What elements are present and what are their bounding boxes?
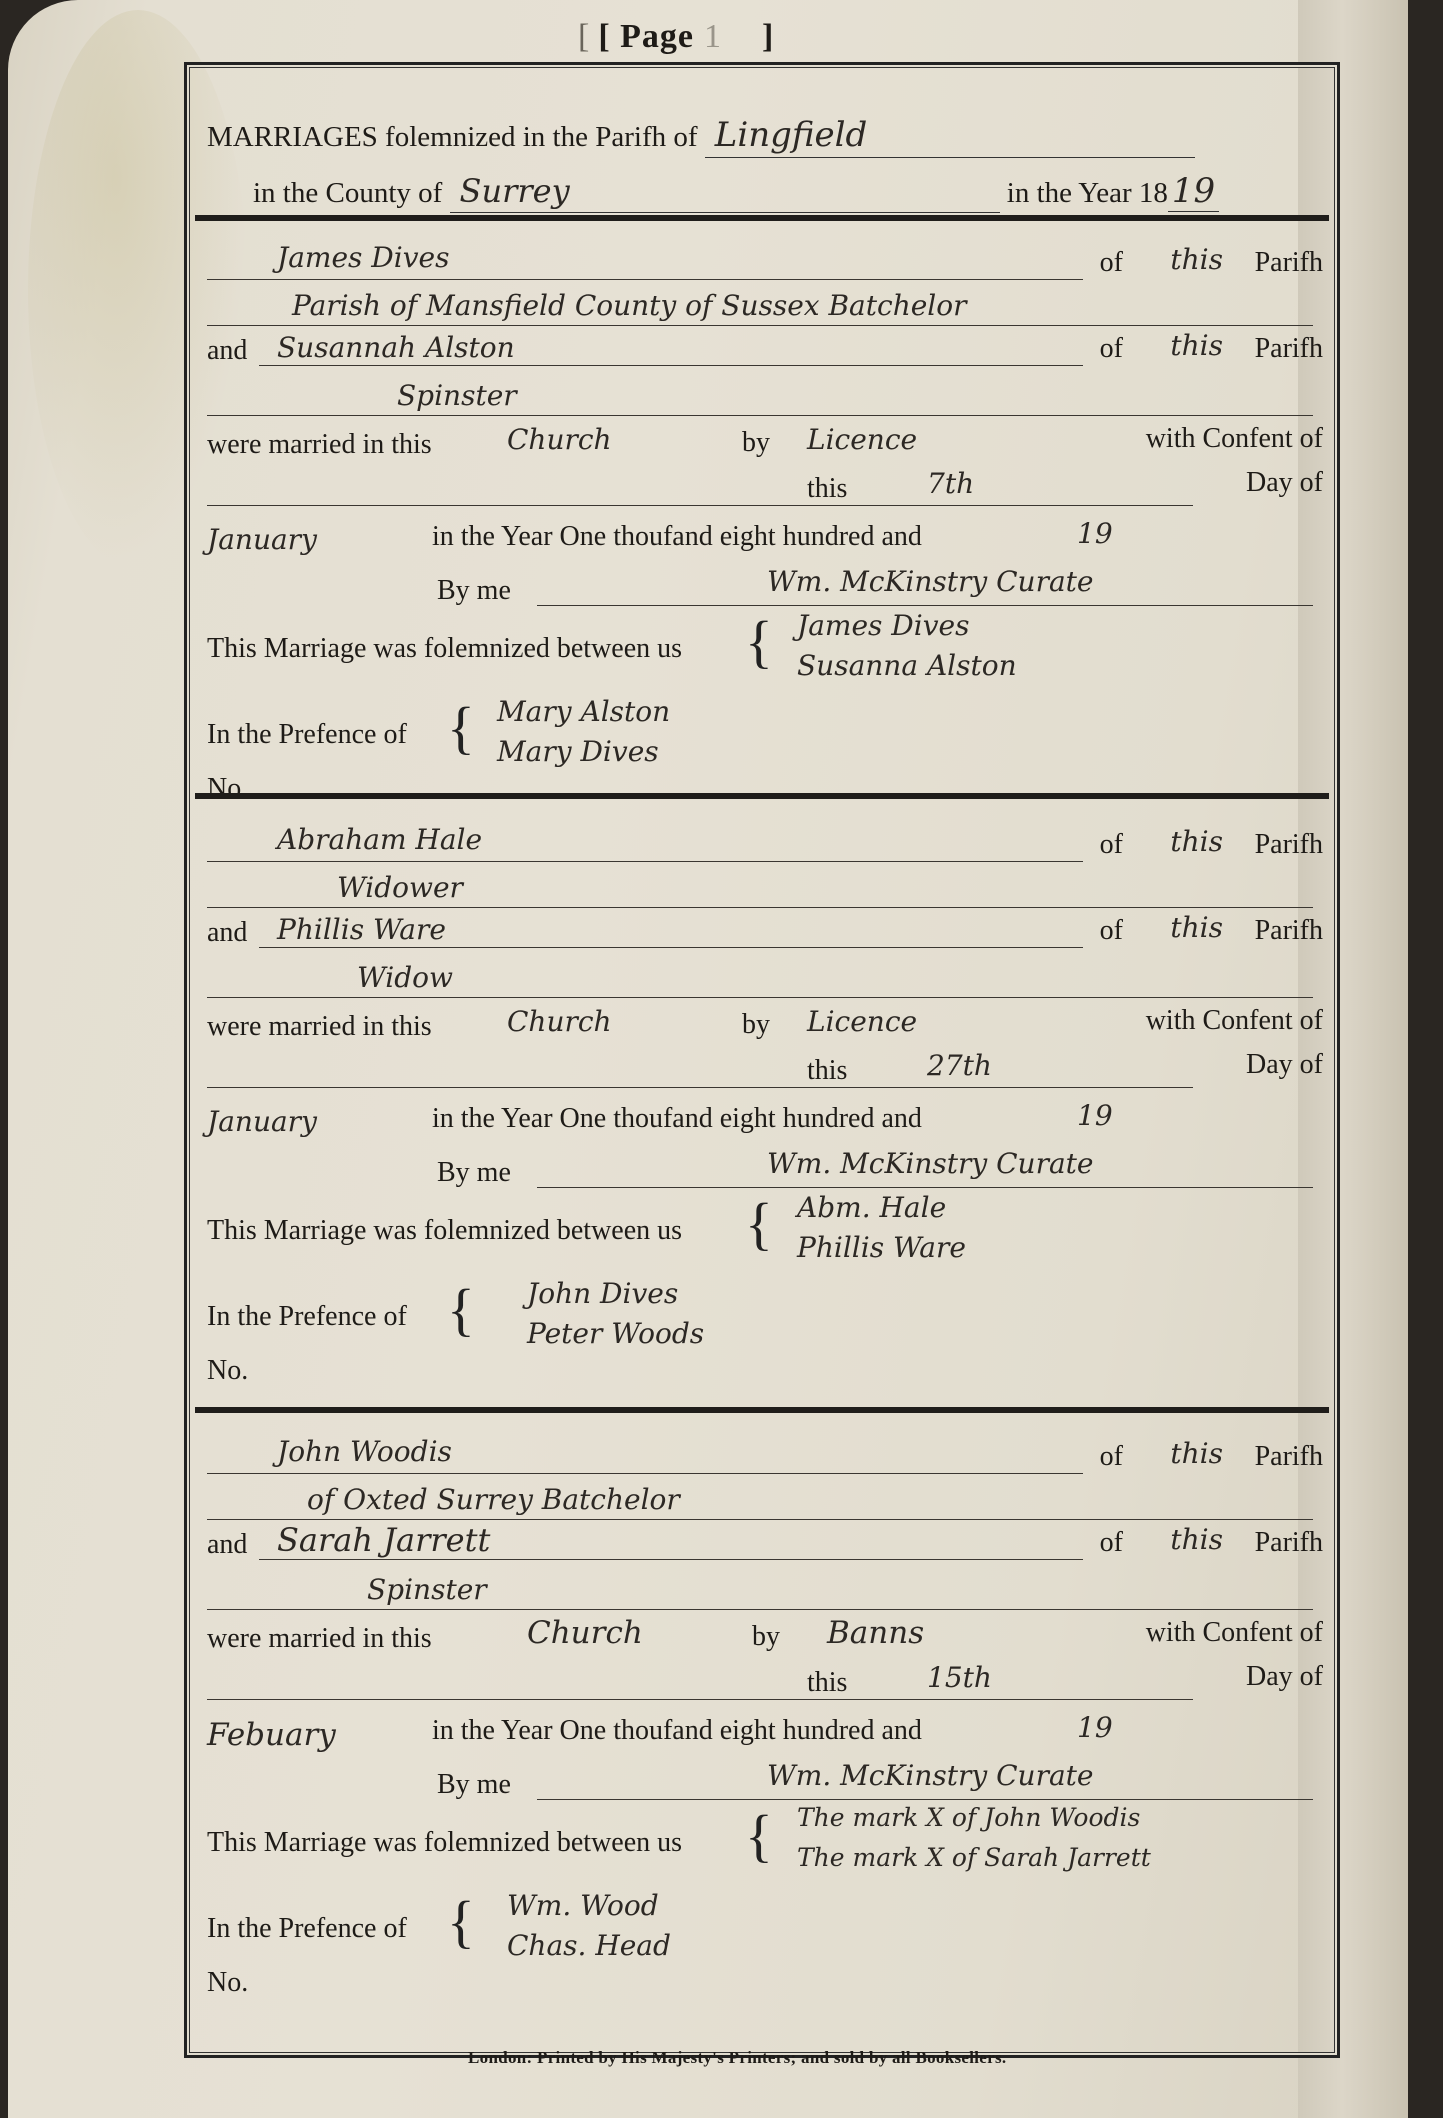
bride-parish: this (1170, 1523, 1223, 1556)
groom-name: John Woodis (277, 1435, 452, 1468)
party-signature-1: The mark X of John Woodis (797, 1803, 1140, 1832)
officiant-signature: Wm. McKinstry Curate (767, 1759, 1093, 1792)
marriage-entry-3: John Woodis of this Parifh of Oxted Surr… (207, 1427, 1323, 1987)
marriage-year: 19 (1077, 1711, 1113, 1744)
entry-number-label: No. (207, 773, 248, 805)
bride-name: Phillis Ware (277, 913, 446, 946)
entry-number-label: No. (207, 1355, 248, 1387)
bride-parish: this (1170, 329, 1223, 362)
bride-status: Widow (357, 961, 453, 994)
marriage-day: 7th (927, 467, 974, 500)
register-header: MARRIAGES folemnized in the Parifh of Li… (207, 105, 1317, 245)
marriage-by: Licence (807, 1005, 917, 1038)
register-frame: MARRIAGES folemnized in the Parifh of Li… (184, 62, 1340, 2058)
groom-parish: this (1170, 1437, 1223, 1470)
marriage-by: Banns (827, 1615, 924, 1651)
page-number-label: [[ Page1] (578, 18, 774, 56)
marriage-month: January (207, 1105, 317, 1138)
header-divider (195, 215, 1329, 221)
bride-name: Sarah Jarrett (277, 1521, 490, 1559)
party-signature-2: Susanna Alston (797, 649, 1017, 682)
witness-2: Peter Woods (527, 1317, 704, 1350)
register-page: [[ Page1] MARRIAGES folemnized in the Pa… (8, 0, 1408, 2118)
bride-parish: this (1170, 911, 1223, 944)
register-year: 19 (1168, 171, 1219, 212)
entry-divider (195, 1407, 1329, 1413)
party-signature-1: Abm. Hale (797, 1191, 946, 1224)
marriage-place: Church (507, 423, 612, 456)
officiant-signature: Wm. McKinstry Curate (767, 565, 1093, 598)
groom-name: Abraham Hale (277, 823, 482, 856)
witness-1: John Dives (527, 1277, 678, 1310)
marriage-month: Febuary (207, 1717, 336, 1753)
entry-divider (195, 793, 1329, 799)
officiant-signature: Wm. McKinstry Curate (767, 1147, 1093, 1180)
bride-status: Spinster (367, 1573, 487, 1606)
marriage-day: 15th (927, 1661, 992, 1694)
marriage-year: 19 (1077, 1099, 1113, 1132)
witness-2: Chas. Head (507, 1929, 671, 1962)
groom-detail: Widower (337, 871, 463, 904)
parish-name: Lingfield (705, 115, 1195, 158)
header-title: MARRIAGES folemnized in the Parifh of (207, 121, 698, 153)
marriage-place: Church (507, 1005, 612, 1038)
entry-number-label: No. (207, 1967, 248, 1999)
party-signature-2: Phillis Ware (797, 1231, 966, 1264)
witness-1: Wm. Wood (507, 1889, 659, 1922)
marriage-year: 19 (1077, 517, 1113, 550)
printer-imprint: London: Printed by His Majesty's Printer… (468, 2048, 1006, 2068)
marriage-day: 27th (927, 1049, 992, 1082)
marriage-entry-1: James Dives of this Parifh Parish of Man… (207, 233, 1323, 793)
party-signature-1: James Dives (797, 609, 969, 642)
groom-detail: Parish of Mansfield County of Sussex Bat… (292, 289, 967, 322)
county-name: Surrey (450, 172, 1000, 213)
groom-parish: this (1170, 825, 1223, 858)
marriage-place: Church (527, 1615, 643, 1651)
groom-name: James Dives (277, 241, 449, 274)
bride-status: Spinster (397, 379, 517, 412)
party-signature-2: The mark X of Sarah Jarrett (797, 1843, 1151, 1872)
witness-2: Mary Dives (497, 735, 659, 768)
marriage-entry-2: Abraham Hale of this Parifh Widower and … (207, 815, 1323, 1375)
groom-detail: of Oxted Surrey Batchelor (307, 1483, 680, 1516)
marriage-month: January (207, 523, 317, 556)
bride-name: Susannah Alston (277, 331, 515, 364)
groom-parish: this (1170, 243, 1223, 276)
marriage-by: Licence (807, 423, 917, 456)
witness-1: Mary Alston (497, 695, 670, 728)
